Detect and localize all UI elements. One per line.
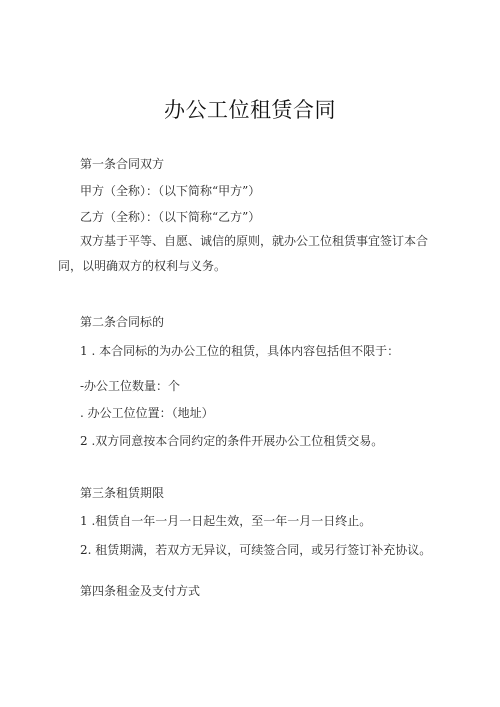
section-4-heading: 第四条租金及支付方式 <box>80 582 200 599</box>
document-title: 办公工位租赁合同 <box>0 94 500 124</box>
section-2-workstation-count: -办公工位数量：个 <box>80 377 180 394</box>
section-2-workstation-location: . 办公工位位置：（地址） <box>80 404 214 421</box>
section-2-heading: 第二条合同标的 <box>80 313 164 330</box>
party-a-line: 甲方（全称）：（以下简称“甲方”） <box>80 182 260 199</box>
section-3-item-1: 1 .租赁自一年一月一日起生效，至一年一月一日终止。 <box>80 512 371 529</box>
party-b-line: 乙方（全称）：（以下简称“乙方”） <box>80 208 260 225</box>
section-3-heading: 第三条租赁期限 <box>80 484 164 501</box>
section-1-heading: 第一条合同双方 <box>80 155 164 172</box>
section-2-item-2: 2 .双方同意按本合同约定的条件开展办公工位租赁交易。 <box>80 432 383 449</box>
section-1-paragraph: 双方基于平等、自愿、诚信的原则，就办公工位租赁事宜签订本合同，以明确双方的权利与… <box>58 229 440 279</box>
section-3-item-2: 2. 租赁期满，若双方无异议，可续签合同，或另行签订补充协议。 <box>80 541 431 558</box>
section-2-item-1: 1 . 本合同标的为办公工位的租赁，具体内容包括但不限于： <box>80 342 399 359</box>
